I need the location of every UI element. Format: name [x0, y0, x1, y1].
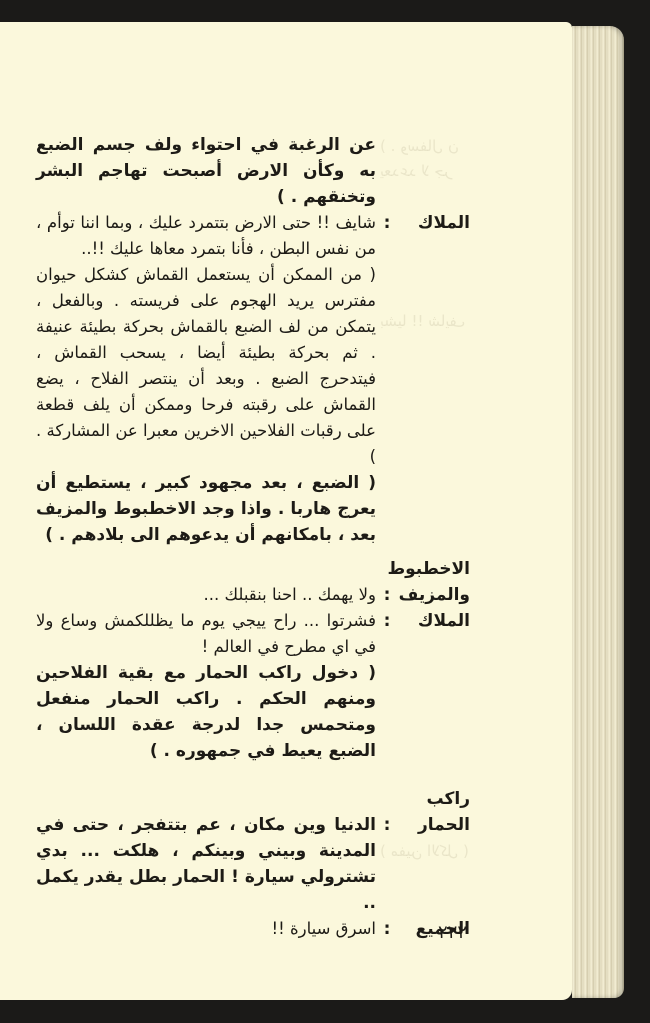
- speaker-name: الاخطبوط: [36, 556, 470, 582]
- dialogue-line: والمزيف : ولا يهمك .. احنا بنقبلك ...: [36, 582, 470, 608]
- speaker-colon: :: [376, 916, 398, 942]
- stage-direction: عن الرغبة في احتواء ولف جسم الضبع به وكأ…: [36, 132, 376, 210]
- stage-direction: ( دخول راكب الحمار مع بقية الفلاحين ومنه…: [36, 660, 376, 764]
- speaker-name: الملاك: [398, 210, 470, 262]
- dialogue-line: الملاك : فشرتوا ... راح ييجي يوم ما يظلل…: [36, 608, 470, 660]
- speaker-colon: :: [376, 812, 398, 916]
- page-number: ٢٢٢: [438, 922, 467, 943]
- speaker-colon: :: [376, 210, 398, 262]
- dialogue-text: الدنيا وين مكان ، عم بتتفجر ، حتى في الم…: [36, 812, 376, 916]
- book-fore-edge: [572, 26, 624, 998]
- speaker-colon: :: [376, 608, 398, 660]
- dialogue-line: الحمار : الدنيا وين مكان ، عم بتتفجر ، ح…: [36, 812, 470, 916]
- dialogue-line: الملاك : شايف !! حتى الارض بتتمرد عليك ،…: [36, 210, 470, 262]
- speaker-name: الملاك: [398, 608, 470, 660]
- dialogue-line: الجميع : اسرق سيارة !!: [36, 916, 470, 942]
- stage-direction: ( الضبع ، بعد مجهود كبير ، يستطيع أن يعر…: [36, 470, 376, 548]
- speaker-name: الحمار: [398, 812, 470, 916]
- dialogue-text: فشرتوا ... راح ييجي يوم ما يظللكمش وساع …: [36, 608, 376, 660]
- stage-direction: ( من الممكن أن يستعمل القماش كشكل حيوان …: [36, 262, 376, 470]
- dialogue-text: شايف !! حتى الارض بتتمرد عليك ، وبما انن…: [36, 210, 376, 262]
- speaker-colon: :: [376, 582, 398, 608]
- speaker-name: والمزيف: [398, 582, 470, 608]
- dialogue-text: ولا يهمك .. احنا بنقبلك ...: [36, 582, 376, 608]
- speaker-name: راكب: [36, 786, 470, 812]
- dialogue-text: اسرق سيارة !!: [36, 916, 376, 942]
- book-page: ( . وسفال ن يعدعد لا جر بشيا !! شايف ( م…: [0, 22, 572, 1000]
- play-script: عن الرغبة في احتواء ولف جسم الضبع به وكأ…: [36, 132, 470, 942]
